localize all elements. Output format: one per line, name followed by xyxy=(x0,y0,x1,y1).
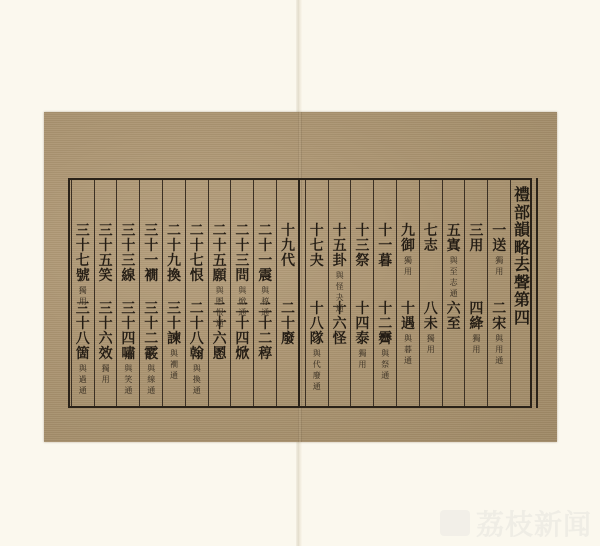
rhyme-entry: 二十四焮 xyxy=(231,302,253,362)
rhyme-note: 與線通 xyxy=(147,362,155,395)
rhyme-column: 三用四絳獨用 xyxy=(464,180,486,406)
rhyme-entry: 二十二稕 xyxy=(254,302,276,362)
rhyme-column: 十三祭十四泰獨用 xyxy=(350,180,372,406)
rhyme-entry: 十五卦與怪夬通 xyxy=(329,224,351,313)
rhyme-heading: 二十八翰 xyxy=(190,302,204,362)
rhyme-note: 與用通 xyxy=(495,332,503,365)
rhyme-column: 禮部韻略去聲第四 xyxy=(510,180,532,406)
rhyme-note: 與換通 xyxy=(193,362,201,395)
watermark-text: 荔枝新闻 xyxy=(476,503,592,543)
rhyme-heading: 四絳 xyxy=(469,302,483,332)
rhyme-heading: 十九代 xyxy=(281,224,295,269)
rhyme-heading: 三十二霰 xyxy=(144,302,158,362)
margin-strip xyxy=(536,178,546,408)
rhyme-note: 獨用 xyxy=(404,254,412,276)
rhyme-column: 二十九換三十諫與襉通 xyxy=(162,180,184,406)
rhyme-column: 三十七號獨用三十八箇與過通 xyxy=(71,180,93,406)
rhyme-note: 與襉通 xyxy=(170,347,178,380)
rhyme-entry: 六至 xyxy=(443,302,465,332)
rhyme-entry: 十四泰獨用 xyxy=(351,302,373,369)
rhyme-heading: 三十五笑 xyxy=(99,224,113,284)
rhyme-entry: 三十諫與襉通 xyxy=(163,302,185,380)
rhyme-heading: 十一暮 xyxy=(378,224,392,269)
rhyme-heading: 三十四嘯 xyxy=(121,302,135,362)
rhyme-entry: 十一暮 xyxy=(374,224,396,269)
rhyme-entry: 三十五笑 xyxy=(95,224,117,284)
rhyme-heading: 五寘 xyxy=(447,224,461,254)
rhyme-note: 獨用 xyxy=(102,362,110,384)
rhyme-column: 二十三問與焮通二十四焮 xyxy=(230,180,252,406)
rhyme-column: 七志八未獨用 xyxy=(419,180,441,406)
rhyme-heading: 二十一震 xyxy=(258,224,272,284)
rhyme-heading: 三十一襉 xyxy=(144,224,158,284)
rhyme-entry: 二十六慁 xyxy=(209,302,231,362)
rhyme-entry: 九御獨用 xyxy=(397,224,419,276)
rhyme-entry: 十八隊與代廢通 xyxy=(306,302,328,391)
rhyme-entry: 二十廢 xyxy=(277,302,299,347)
rhyme-entry: 三十三線 xyxy=(117,224,139,284)
rhyme-column: 三十五笑三十六效獨用 xyxy=(94,180,116,406)
rhyme-note: 與暮通 xyxy=(404,332,412,365)
rhyme-column: 二十一震與稕通二十二稕 xyxy=(253,180,275,406)
rhyme-entry: 三十六效獨用 xyxy=(95,302,117,384)
rhyme-entry: 三用 xyxy=(465,224,487,254)
watermark: 荔枝新闻 xyxy=(440,506,592,540)
rhyme-entry: 二十八翰與換通 xyxy=(186,302,208,395)
rhyme-note: 與至志通 xyxy=(450,254,458,298)
print-frame: 禮部韻略去聲第四一送獨用二宋與用通三用四絳獨用五寘與至志通六至七志八未獨用九御獨… xyxy=(68,178,532,408)
rhyme-column: 十五卦與怪夬通十六怪 xyxy=(328,180,350,406)
rhyme-heading: 二十五願 xyxy=(213,224,227,284)
rhyme-column: 一送獨用二宋與用通 xyxy=(487,180,509,406)
rhyme-heading: 三十八箇 xyxy=(76,302,90,362)
rhyme-heading: 七志 xyxy=(424,224,438,254)
rhyme-note: 獨用 xyxy=(495,254,503,276)
rhyme-heading: 十二霽 xyxy=(378,302,392,347)
rhyme-note: 與笑通 xyxy=(124,362,132,395)
rhyme-heading: 三十三線 xyxy=(121,224,135,284)
rhyme-heading: 二十七恨 xyxy=(190,224,204,284)
rhyme-entry: 十六怪 xyxy=(329,302,351,347)
rhyme-heading: 十三祭 xyxy=(355,224,369,269)
rhyme-heading: 六至 xyxy=(447,302,461,332)
rhyme-column: 二十五願與慁恨通二十六慁 xyxy=(208,180,230,406)
rhyme-heading: 八未 xyxy=(424,302,438,332)
rhyme-column: 二十七恨二十八翰與換通 xyxy=(185,180,207,406)
rhyme-entry: 七志 xyxy=(420,224,442,254)
rhyme-column: 十九代二十廢 xyxy=(276,180,298,406)
rhyme-entry: 二十七恨 xyxy=(186,224,208,284)
rhyme-column: 十一暮十二霽與祭通 xyxy=(373,180,395,406)
rhyme-heading: 一送 xyxy=(492,224,506,254)
rhyme-note: 與過通 xyxy=(79,362,87,395)
rhyme-entry: 十九代 xyxy=(277,224,299,269)
rhyme-entry: 三十七號獨用 xyxy=(72,224,94,306)
rhyme-heading: 三十諫 xyxy=(167,302,181,347)
rhyme-heading: 十八隊 xyxy=(310,302,324,347)
rhyme-column: 三十一襉三十二霰與線通 xyxy=(139,180,161,406)
rhyme-entry: 十遇與暮通 xyxy=(397,302,419,365)
rhyme-heading: 二十四焮 xyxy=(235,302,249,362)
rhyme-note: 獨用 xyxy=(472,332,480,354)
rhyme-heading: 二十廢 xyxy=(281,302,295,347)
book-title: 禮部韻略去聲第四 xyxy=(514,186,530,326)
watermark-logo-icon xyxy=(440,510,470,536)
rhyme-column: 九御獨用十遇與暮通 xyxy=(396,180,418,406)
rhyme-entry: 十二霽與祭通 xyxy=(374,302,396,380)
rhyme-heading: 二十三問 xyxy=(235,224,249,284)
rhyme-note: 與祭通 xyxy=(381,347,389,380)
center-rule xyxy=(298,180,300,406)
rhyme-heading: 三用 xyxy=(469,224,483,254)
rhyme-entry: 二十九換 xyxy=(163,224,185,284)
rhyme-heading: 十四泰 xyxy=(355,302,369,347)
rhyme-heading: 十六怪 xyxy=(333,302,347,347)
rhyme-entry: 三十二霰與線通 xyxy=(140,302,162,395)
rhyme-entry: 十三祭 xyxy=(351,224,373,269)
rhyme-column: 三十三線三十四嘯與笑通 xyxy=(116,180,138,406)
rhyme-column: 十七夬十八隊與代廢通 xyxy=(305,180,327,406)
rhyme-heading: 二宋 xyxy=(492,302,506,332)
rhyme-heading: 三十六效 xyxy=(99,302,113,362)
rhyme-entry: 三十一襉 xyxy=(140,224,162,284)
rhyme-entry: 一送獨用 xyxy=(488,224,510,276)
rhyme-entry: 三十八箇與過通 xyxy=(72,302,94,395)
rhyme-heading: 二十九換 xyxy=(167,224,181,284)
rhyme-entry: 二宋與用通 xyxy=(488,302,510,365)
rhyme-entry: 五寘與至志通 xyxy=(443,224,465,298)
rhyme-heading: 十七夬 xyxy=(310,224,324,269)
rhyme-column: 五寘與至志通六至 xyxy=(442,180,464,406)
rhyme-heading: 三十七號 xyxy=(76,224,90,284)
rhyme-heading: 十五卦 xyxy=(333,224,347,269)
rhyme-entry: 三十四嘯與笑通 xyxy=(117,302,139,395)
rhyme-heading: 十遇 xyxy=(401,302,415,332)
rhyme-entry: 十七夬 xyxy=(306,224,328,269)
rhyme-entry: 四絳獨用 xyxy=(465,302,487,354)
rhyme-note: 獨用 xyxy=(358,347,366,369)
rhyme-entry: 八未獨用 xyxy=(420,302,442,354)
rhyme-heading: 二十六慁 xyxy=(213,302,227,362)
rhyme-note: 與代廢通 xyxy=(313,347,321,391)
rhyme-heading: 二十二稕 xyxy=(258,302,272,362)
rhyme-note: 獨用 xyxy=(427,332,435,354)
rhyme-heading: 九御 xyxy=(401,224,415,254)
